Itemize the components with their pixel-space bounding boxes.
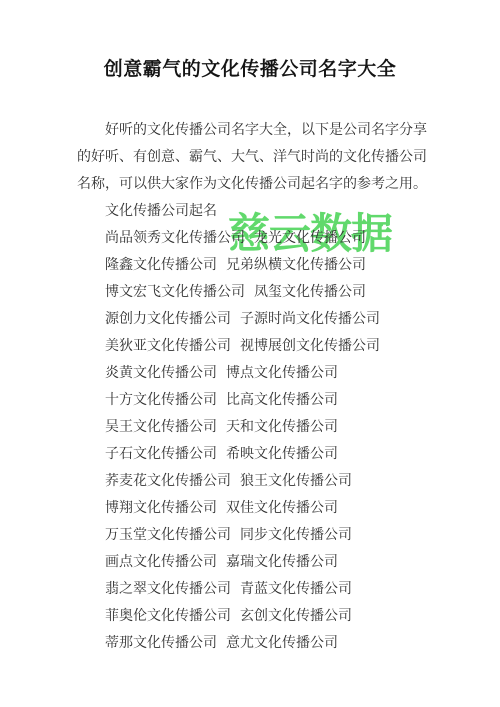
company-name-left: 美狄亚文化传播公司: [105, 339, 231, 354]
company-name-right: 凤玺文化传播公司: [254, 285, 366, 300]
company-name-row: 源创力文化传播公司子源时尚文化传播公司: [77, 306, 427, 333]
company-name-left: 博文宏飞文化传播公司: [105, 285, 245, 300]
company-name-left: 子石文化传播公司: [105, 447, 217, 462]
company-name-row: 菲奥伦文化传播公司玄创文化传播公司: [77, 603, 427, 630]
page-title: 创意霸气的文化传播公司名字大全: [0, 0, 500, 85]
company-name-right: 双佳文化传播公司: [226, 501, 338, 516]
company-name-left: 翡之翠文化传播公司: [105, 582, 231, 597]
company-name-right: 天和文化传播公司: [226, 420, 338, 435]
company-name-row: 尚品领秀文化传播公司龙光文化传播公司: [77, 225, 427, 252]
company-name-right: 子源时尚文化传播公司: [240, 312, 380, 327]
company-name-right: 兄弟纵横文化传播公司: [226, 258, 366, 273]
section-subheading: 文化传播公司起名: [77, 198, 427, 225]
company-name-right: 希映文化传播公司: [226, 447, 338, 462]
company-name-row: 荞麦花文化传播公司狼王文化传播公司: [77, 468, 427, 495]
company-name-left: 源创力文化传播公司: [105, 312, 231, 327]
company-name-row: 隆鑫文化传播公司兄弟纵横文化传播公司: [77, 252, 427, 279]
company-name-right: 博点文化传播公司: [226, 366, 338, 381]
company-name-left: 荞麦花文化传播公司: [105, 474, 231, 489]
company-name-left: 博翔文化传播公司: [105, 501, 217, 516]
company-name-left: 吴王文化传播公司: [105, 420, 217, 435]
company-name-row: 吴王文化传播公司天和文化传播公司: [77, 414, 427, 441]
intro-paragraph: 好听的文化传播公司名字大全，以下是公司名字分享的好听、有创意、霸气、大气、洋气时…: [77, 117, 427, 198]
company-name-right: 玄创文化传播公司: [240, 609, 352, 624]
company-name-row: 炎黄文化传播公司博点文化传播公司: [77, 360, 427, 387]
company-name-left: 蒂那文化传播公司: [105, 636, 217, 651]
company-name-row: 博翔文化传播公司双佳文化传播公司: [77, 495, 427, 522]
company-name-left: 菲奥伦文化传播公司: [105, 609, 231, 624]
company-name-list: 尚品领秀文化传播公司龙光文化传播公司 隆鑫文化传播公司兄弟纵横文化传播公司 博文…: [77, 225, 427, 657]
company-name-left: 隆鑫文化传播公司: [105, 258, 217, 273]
company-name-left: 万玉堂文化传播公司: [105, 528, 231, 543]
company-name-left: 尚品领秀文化传播公司: [105, 231, 245, 246]
document-page: 慈云数据 创意霸气的文化传播公司名字大全 好听的文化传播公司名字大全，以下是公司…: [0, 0, 500, 707]
company-name-right: 意尤文化传播公司: [226, 636, 338, 651]
company-name-right: 视博展创文化传播公司: [240, 339, 380, 354]
company-name-left: 画点文化传播公司: [105, 555, 217, 570]
company-name-left: 炎黄文化传播公司: [105, 366, 217, 381]
company-name-row: 画点文化传播公司嘉瑞文化传播公司: [77, 549, 427, 576]
company-name-row: 万玉堂文化传播公司同步文化传播公司: [77, 522, 427, 549]
company-name-right: 同步文化传播公司: [240, 528, 352, 543]
company-name-right: 比高文化传播公司: [226, 393, 338, 408]
company-name-row: 博文宏飞文化传播公司凤玺文化传播公司: [77, 279, 427, 306]
document-body: 好听的文化传播公司名字大全，以下是公司名字分享的好听、有创意、霸气、大气、洋气时…: [77, 117, 427, 657]
company-name-row: 子石文化传播公司希映文化传播公司: [77, 441, 427, 468]
company-name-right: 青蓝文化传播公司: [240, 582, 352, 597]
company-name-right: 狼王文化传播公司: [240, 474, 352, 489]
company-name-row: 翡之翠文化传播公司青蓝文化传播公司: [77, 576, 427, 603]
company-name-left: 十方文化传播公司: [105, 393, 217, 408]
company-name-row: 十方文化传播公司比高文化传播公司: [77, 387, 427, 414]
company-name-row: 美狄亚文化传播公司视博展创文化传播公司: [77, 333, 427, 360]
company-name-right: 嘉瑞文化传播公司: [226, 555, 338, 570]
company-name-row: 蒂那文化传播公司意尤文化传播公司: [77, 630, 427, 657]
company-name-right: 龙光文化传播公司: [254, 231, 366, 246]
